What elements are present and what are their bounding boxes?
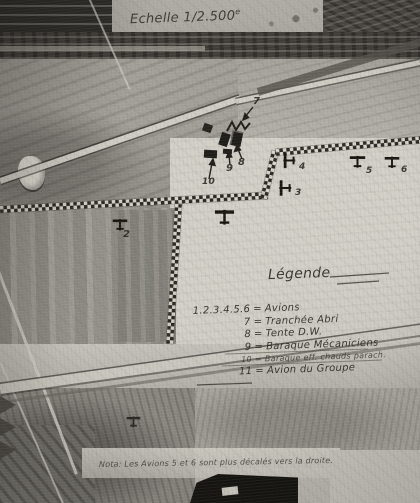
scale-value: 1/2.500: [183, 9, 235, 26]
marker-label-6: 6: [401, 165, 408, 175]
marker-label-3: 3: [295, 188, 302, 198]
photo-road-highlight: [0, 46, 205, 51]
marker-label-5: 5: [366, 166, 373, 176]
aerial-photo: Echelle 1/2.500e Légende 1.2.3.4.5.6=Avi…: [0, 0, 420, 503]
plane-5-icon: [349, 155, 366, 169]
marker-label-8: 8: [238, 157, 245, 168]
marker-label-9: 9: [226, 163, 233, 174]
plane-1-icon: [214, 209, 235, 226]
plane-11-icon: [126, 416, 141, 428]
plane-4-icon: [283, 152, 296, 169]
plane-6-icon: [384, 156, 400, 169]
scale-superscript: e: [235, 7, 241, 16]
photo-region-bottomleft-dark: [0, 425, 95, 503]
scale-label: Echelle: [130, 11, 179, 28]
marker-label-2: 2: [123, 229, 130, 240]
bottom-dark-structure: [190, 474, 298, 503]
legend-list: 1.2.3.4.5.6=Avions 7=Tranchée Abri 8=Ten…: [190, 298, 407, 380]
bottom-white-mark: [222, 486, 239, 496]
marker-label-4: 4: [299, 162, 306, 172]
photo-region-bottom-edge: [330, 450, 420, 503]
marker-label-10: 10: [202, 177, 215, 187]
marker-label-7: 7: [253, 96, 260, 107]
plane-3-icon: [279, 180, 293, 197]
legend-title: Légende: [268, 265, 331, 283]
barrack-structure-small: [223, 149, 232, 155]
barrack-structure-10: [204, 150, 217, 159]
